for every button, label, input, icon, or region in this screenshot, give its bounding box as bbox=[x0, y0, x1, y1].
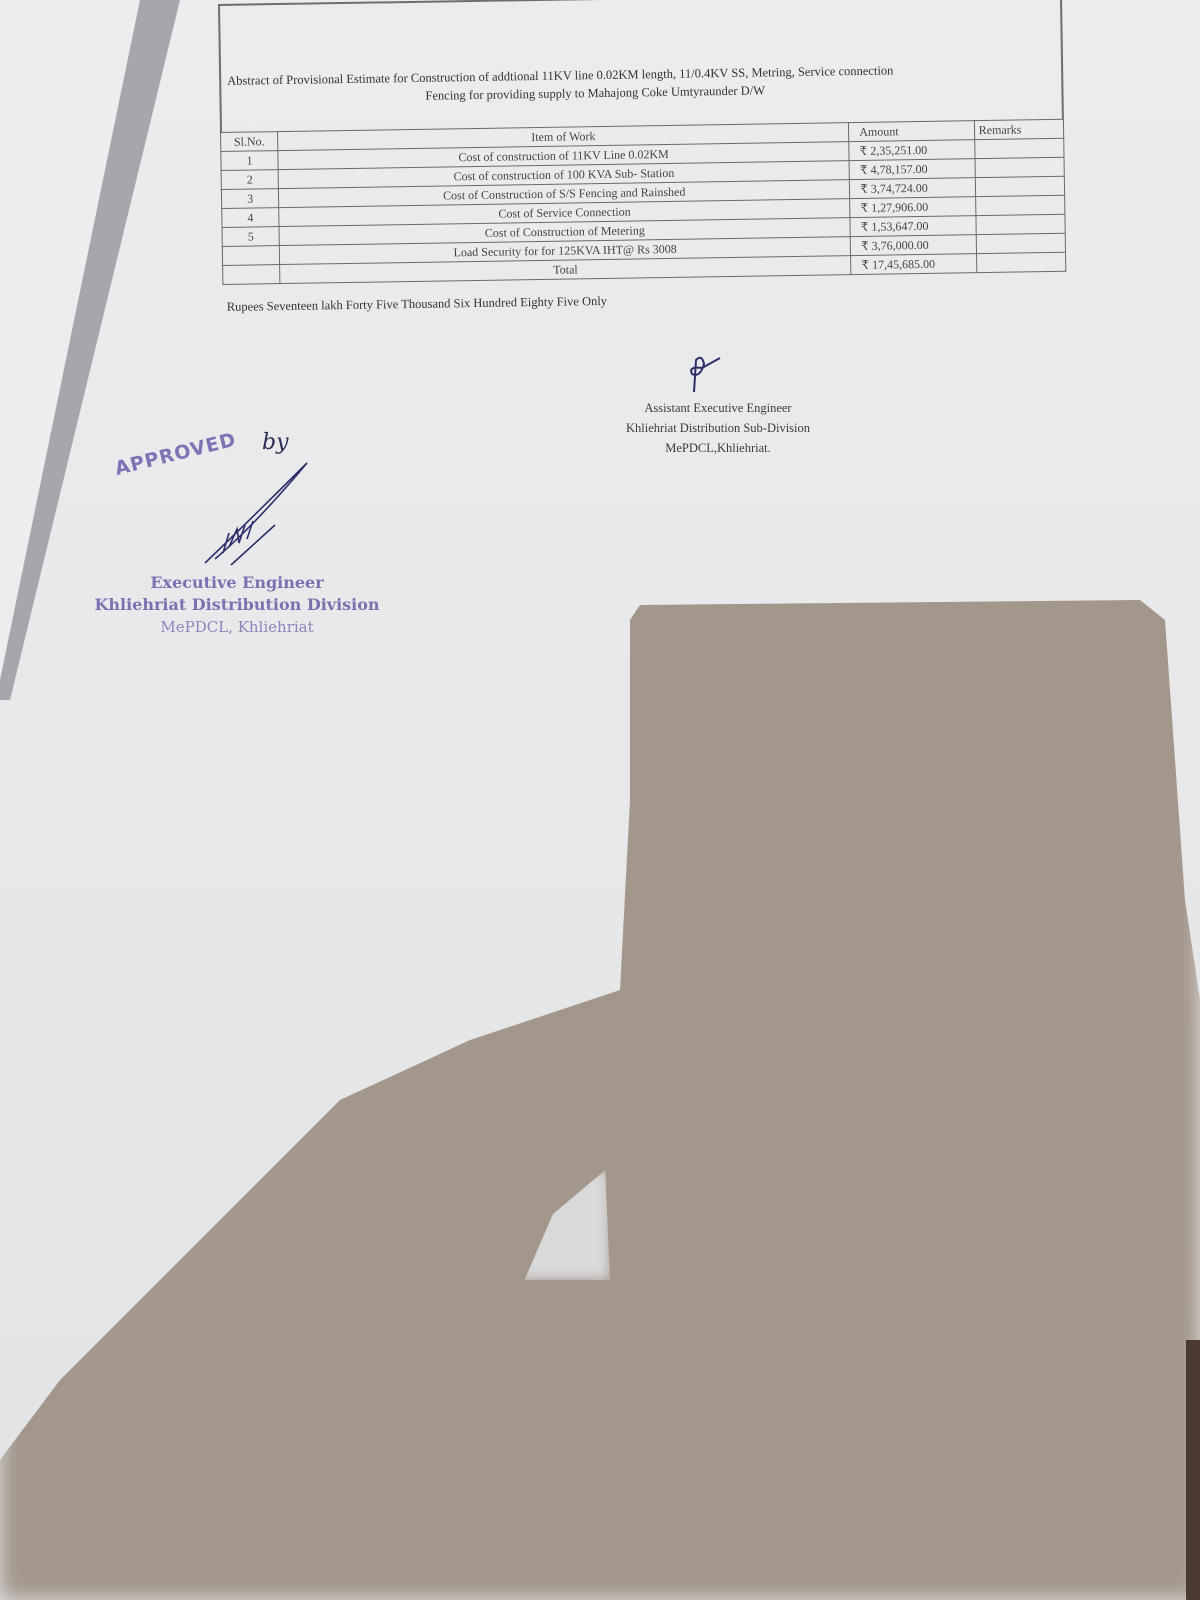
row-amount: ₹ 4,78,157.00 bbox=[849, 159, 975, 180]
handwritten-by: by bbox=[262, 430, 289, 455]
row-remarks bbox=[976, 252, 1066, 272]
row-amount: ₹ 1,53,647.00 bbox=[850, 216, 976, 237]
row-sl-no: 2 bbox=[221, 170, 278, 190]
row-remarks bbox=[974, 138, 1064, 158]
ee-organization: MePDCL, Khliehriat bbox=[82, 616, 392, 638]
row-remarks bbox=[976, 214, 1066, 234]
row-remarks bbox=[975, 195, 1065, 215]
row-amount: ₹ 1,27,906.00 bbox=[850, 197, 976, 218]
title-frame bbox=[218, 0, 1064, 132]
row-sl-no: 1 bbox=[221, 151, 278, 171]
aee-designation: Assistant Executive Engineer bbox=[598, 398, 838, 418]
background-edge bbox=[1186, 1340, 1200, 1600]
ee-designation: Executive Engineer bbox=[82, 572, 392, 594]
row-amount: ₹ 3,74,724.00 bbox=[850, 178, 976, 199]
ee-office: Khliehriat Distribution Division bbox=[82, 594, 392, 616]
ee-signatory-block: Executive Engineer Khliehriat Distributi… bbox=[82, 572, 392, 638]
estimate-document: Abstract of Provisional Estimate for Con… bbox=[218, 0, 1066, 292]
row-remarks bbox=[976, 233, 1066, 253]
row-sl-no bbox=[223, 265, 280, 285]
header-sl-no: Sl.No. bbox=[221, 132, 278, 152]
row-sl-no: 3 bbox=[221, 189, 278, 209]
row-amount: ₹ 3,76,000.00 bbox=[850, 235, 976, 256]
row-sl-no: 5 bbox=[222, 227, 279, 247]
header-amount: Amount bbox=[849, 121, 975, 142]
aee-office: Khliehriat Distribution Sub-Division bbox=[598, 418, 838, 438]
row-amount: ₹ 2,35,251.00 bbox=[849, 140, 975, 161]
ee-signature bbox=[195, 455, 315, 575]
row-amount: ₹ 17,45,685.00 bbox=[851, 254, 977, 275]
estimate-table: Sl.No. Item of Work Amount Remarks 1Cost… bbox=[220, 119, 1066, 285]
row-sl-no bbox=[222, 246, 279, 266]
header-remarks: Remarks bbox=[974, 119, 1064, 139]
row-remarks bbox=[975, 157, 1065, 177]
row-sl-no: 4 bbox=[222, 208, 279, 228]
row-remarks bbox=[975, 176, 1065, 196]
aee-organization: MePDCL,Khliehriat. bbox=[598, 438, 838, 458]
aee-signature bbox=[680, 352, 730, 397]
aee-signatory-block: Assistant Executive Engineer Khliehriat … bbox=[598, 398, 838, 458]
